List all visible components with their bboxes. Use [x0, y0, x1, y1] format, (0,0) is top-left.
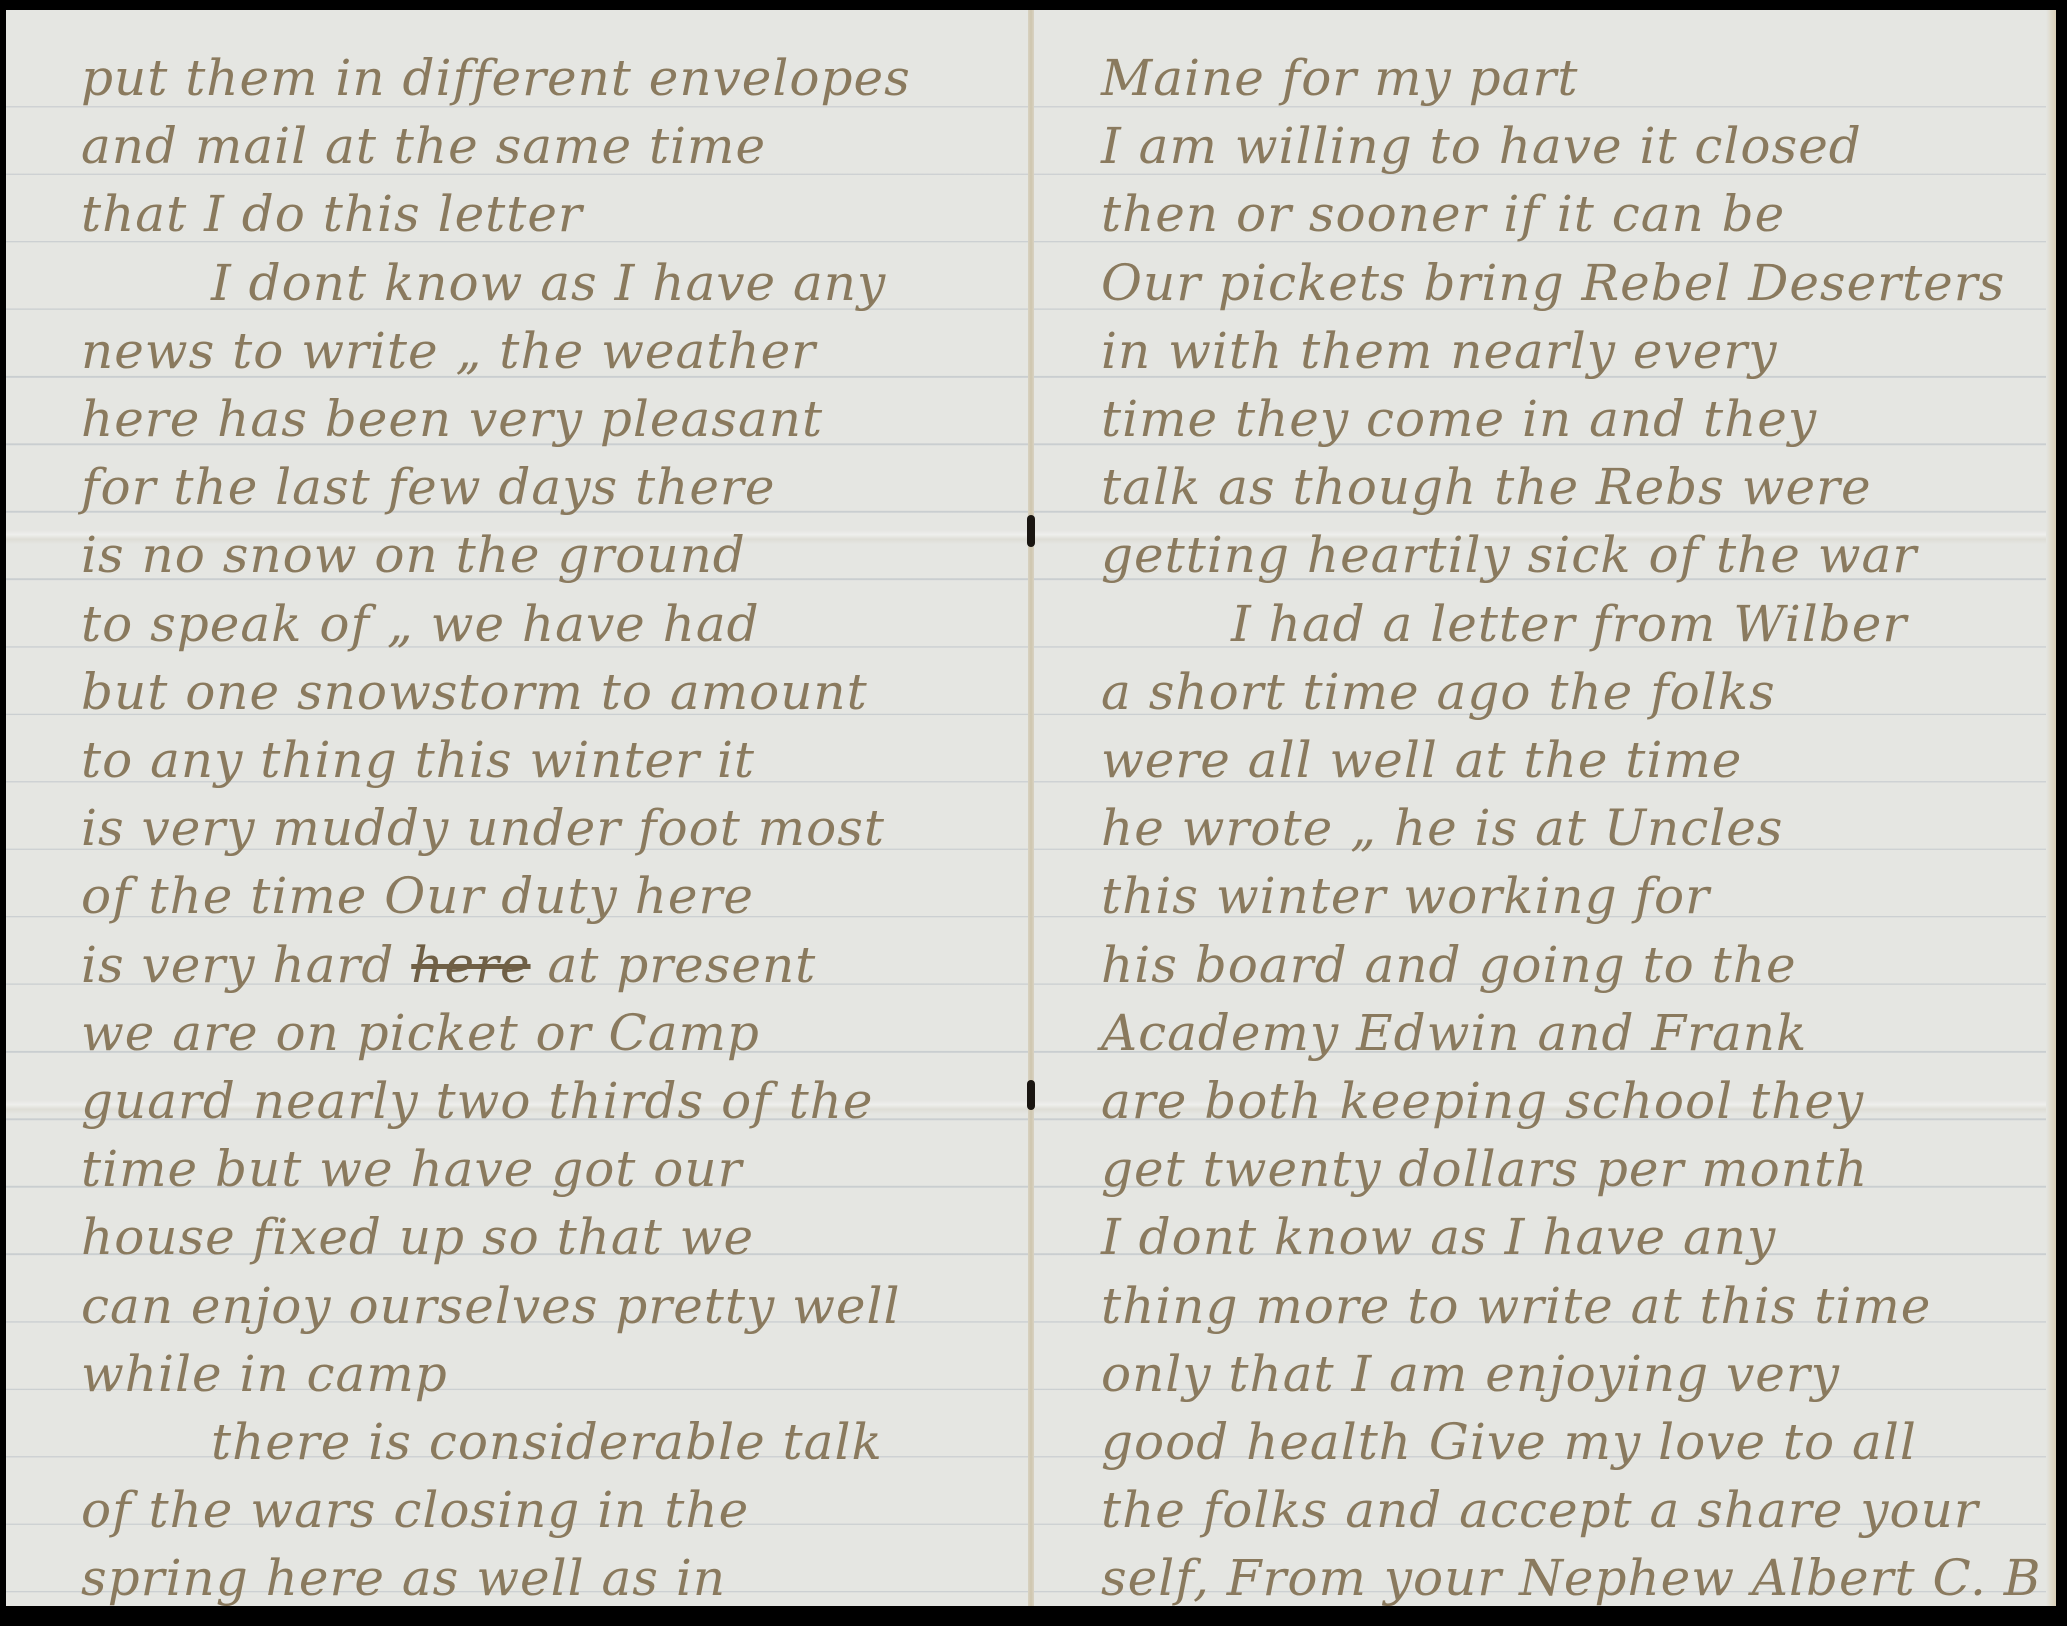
handwritten-line: his board and going to the	[1101, 935, 1797, 995]
struck-out-word: here	[411, 936, 530, 994]
letter-sheet: put them in different envelopesand mail …	[6, 10, 2056, 1606]
handwritten-line: here has been very pleasant	[81, 389, 823, 449]
handwritten-line: is very hard here at present	[81, 935, 816, 995]
gutter-tear-mark	[1027, 1080, 1035, 1110]
handwritten-line: this winter working for	[1101, 866, 1710, 926]
handwritten-line: of the time Our duty here	[81, 866, 754, 926]
handwritten-line: can enjoy ourselves pretty well	[81, 1276, 900, 1336]
handwritten-line: the folks and accept a share your	[1101, 1480, 1979, 1540]
handwritten-line: for the last few days there	[81, 457, 775, 517]
handwritten-line: Our pickets bring Rebel Deserters	[1101, 253, 2005, 313]
handwritten-line: time they come in and they	[1101, 389, 1817, 449]
handwritten-line: only that I am enjoying very	[1101, 1344, 1840, 1404]
handwritten-line: I dont know as I have any	[81, 253, 886, 313]
handwritten-line: house fixed up so that we	[81, 1207, 754, 1267]
handwritten-line: Academy Edwin and Frank	[1101, 1003, 1807, 1063]
handwritten-line: while in camp	[81, 1344, 448, 1404]
handwritten-line: are both keeping school they	[1101, 1071, 1864, 1131]
gutter-tear-mark	[1027, 515, 1035, 547]
handwritten-line: I am willing to have it closed	[1101, 116, 1862, 176]
handwritten-line: get twenty dollars per month	[1101, 1139, 1868, 1199]
page-edge	[2046, 10, 2056, 1606]
handwritten-line: self, From your Nephew Albert C. B	[1101, 1548, 2042, 1608]
handwritten-line: thing more to write at this time	[1101, 1276, 1931, 1336]
handwritten-line: to speak of „ we have had	[81, 594, 760, 654]
handwritten-line: talk as though the Rebs were	[1101, 457, 1872, 517]
handwritten-line: is very muddy under foot most	[81, 798, 885, 858]
handwritten-line: time but we have got our	[81, 1139, 743, 1199]
center-fold	[1028, 10, 1034, 1606]
handwritten-line: a short time ago the folks	[1101, 662, 1776, 722]
handwritten-line: but one snowstorm to amount	[81, 662, 868, 722]
handwritten-line: good health Give my love to all	[1101, 1412, 1917, 1472]
handwritten-line: to any thing this winter it	[81, 730, 755, 790]
handwritten-line: getting heartily sick of the war	[1101, 525, 1917, 585]
handwritten-line: is no snow on the ground	[81, 525, 746, 585]
handwritten-line: in with them nearly every	[1101, 321, 1777, 381]
handwritten-line: he wrote „ he is at Uncles	[1101, 798, 1783, 858]
handwritten-line: Maine for my part	[1101, 48, 1578, 108]
handwritten-line: that I do this letter	[81, 184, 583, 244]
handwritten-line: put them in different envelopes	[81, 48, 911, 108]
handwritten-line: then or sooner if it can be	[1101, 184, 1785, 244]
handwritten-line: we are on picket or Camp	[81, 1003, 760, 1063]
handwritten-line: there is considerable talk	[81, 1412, 883, 1472]
handwritten-line: I had a letter from Wilber	[1101, 594, 1907, 654]
handwritten-line: spring here as well as in	[81, 1548, 726, 1608]
handwritten-line: and mail at the same time	[81, 116, 766, 176]
handwritten-line: of the wars closing in the	[81, 1480, 749, 1540]
handwritten-line: news to write „ the weather	[81, 321, 816, 381]
handwritten-line: guard nearly two thirds of the	[81, 1071, 873, 1131]
handwritten-line: were all well at the time	[1101, 730, 1742, 790]
handwritten-line: I dont know as I have any	[1101, 1207, 1776, 1267]
